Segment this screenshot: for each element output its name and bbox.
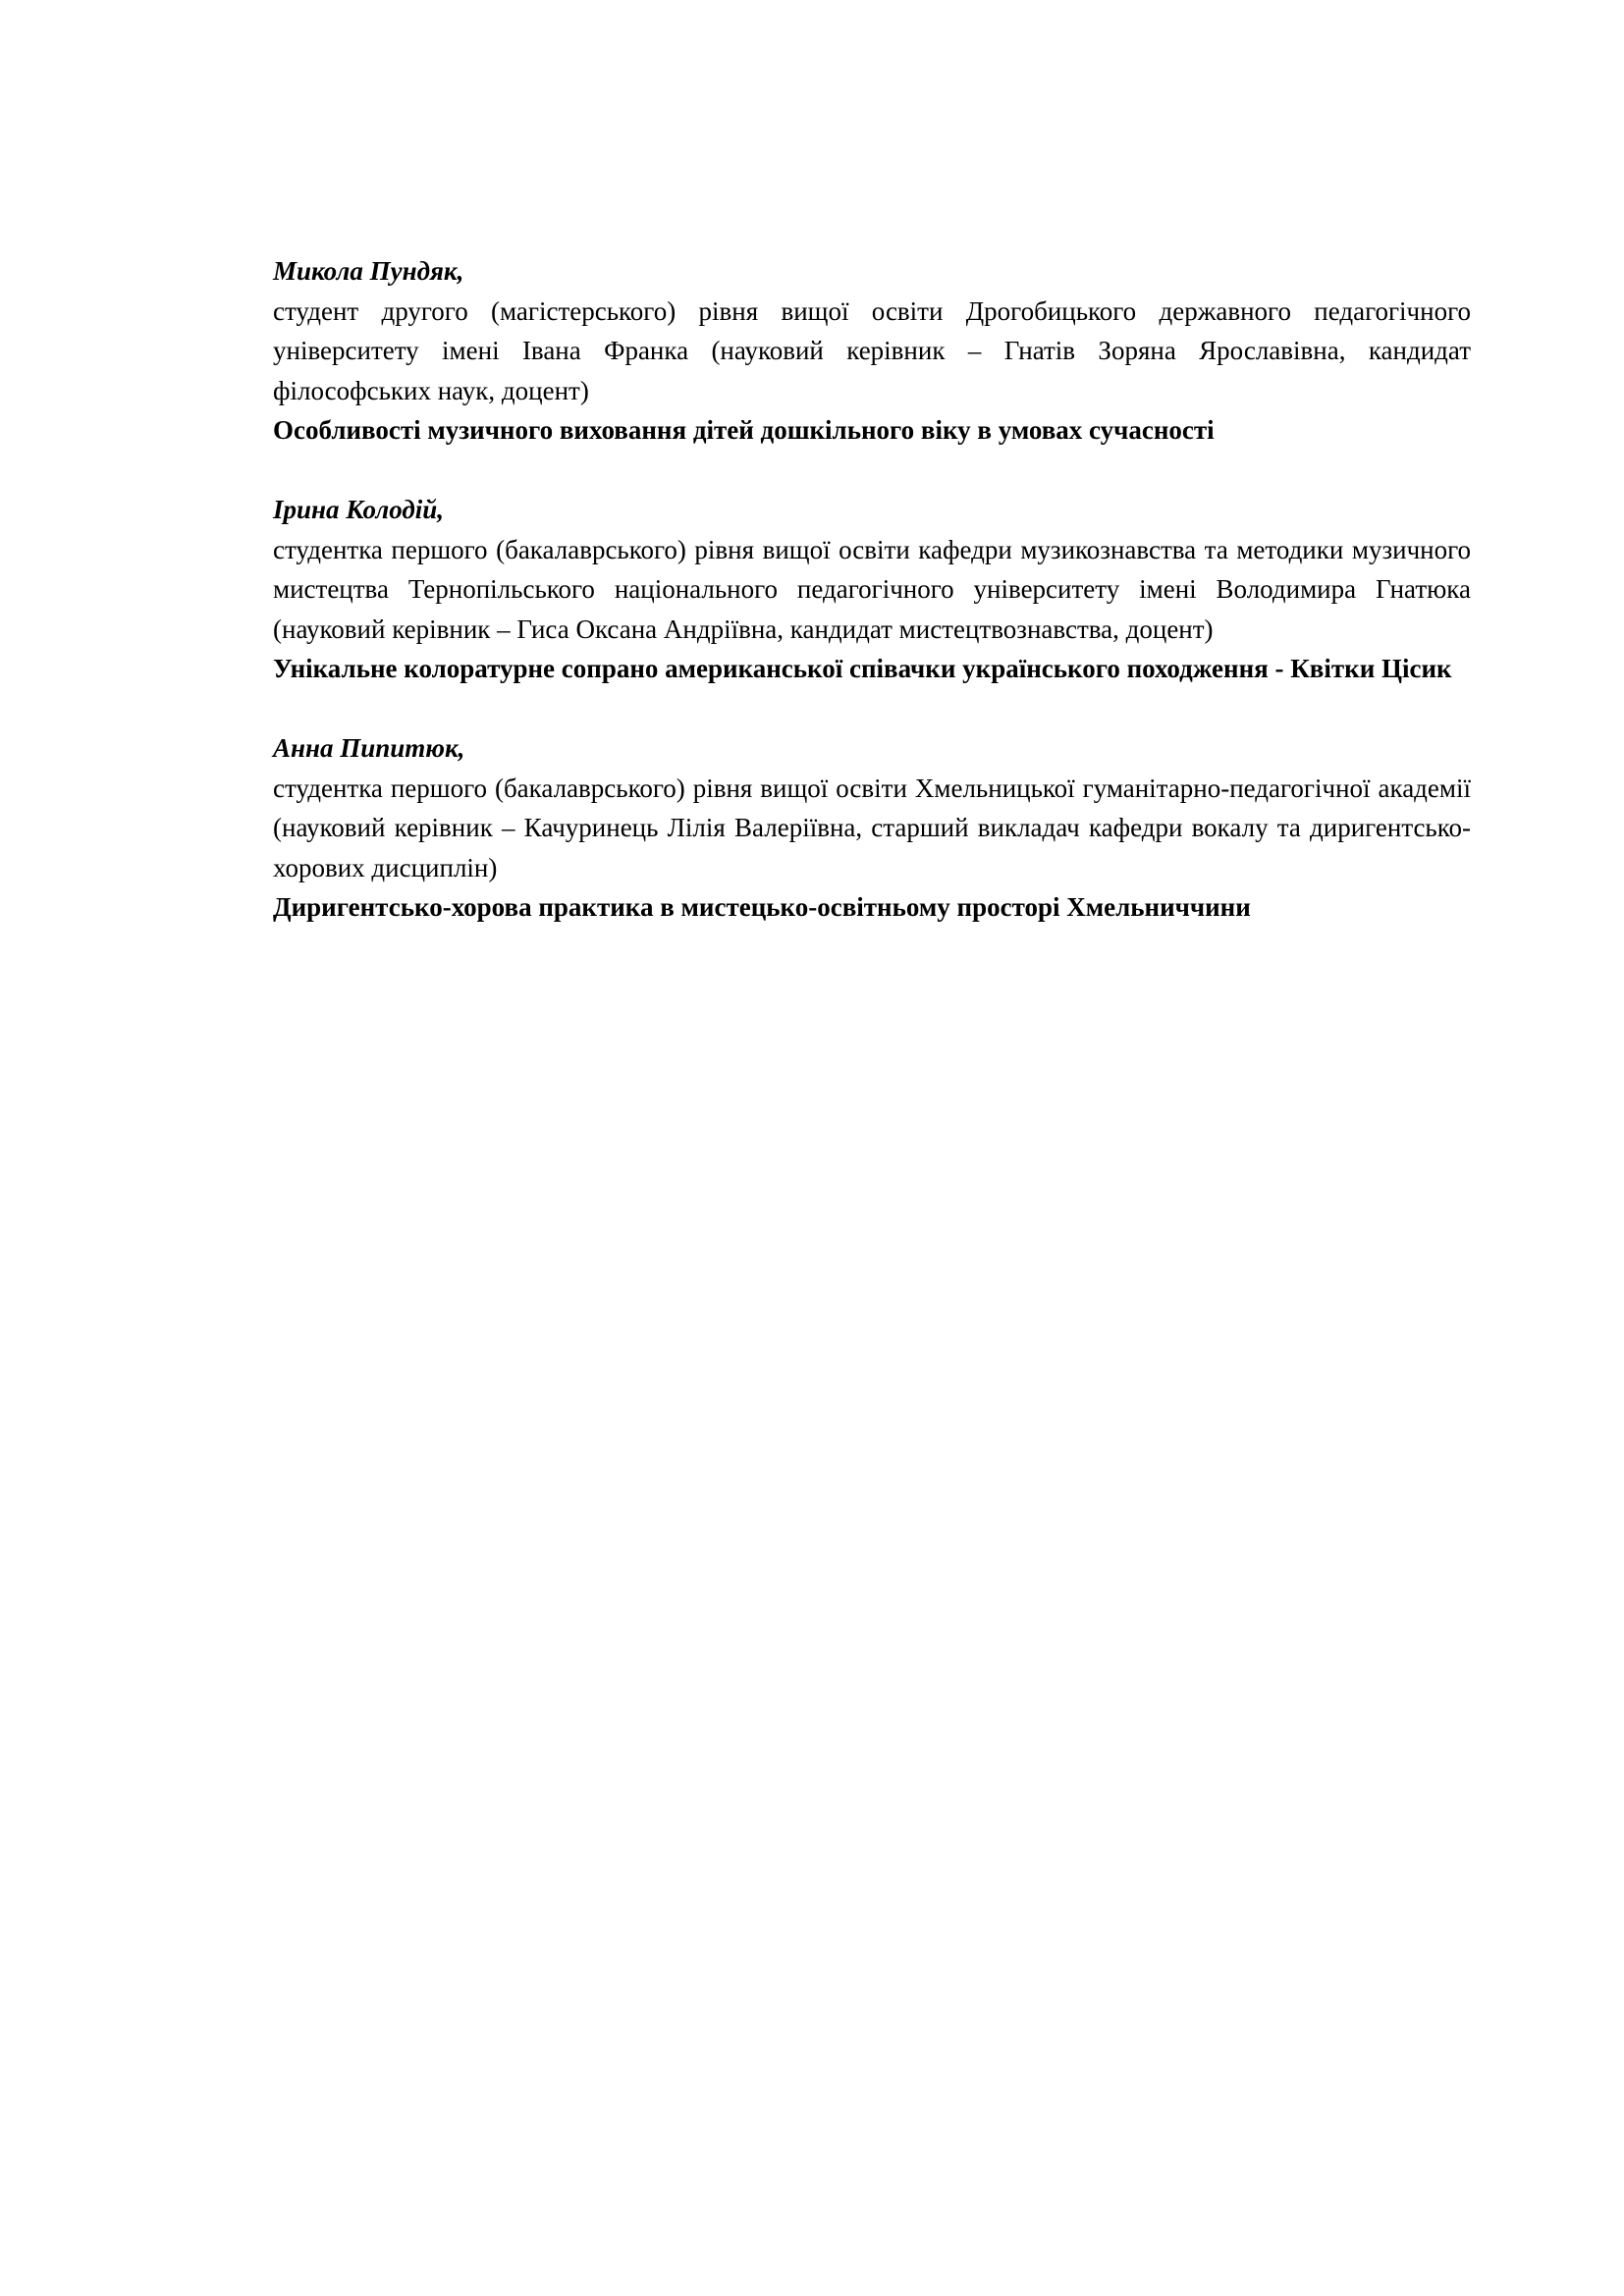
talk-title: Диригентсько-хорова практика в мистецько… [273,887,1471,928]
participants-list: Микола Пундяк, студент другого (магістер… [273,251,1471,967]
participant-entry: Микола Пундяк, студент другого (магістер… [273,251,1471,451]
author-name: Микола Пундяк, [273,251,1471,292]
author-name: Анна Пипитюк, [273,728,1471,769]
talk-title: Унікальне колоратурне сопрано американсь… [273,649,1471,689]
author-affiliation: студент другого (магістерського) рівня в… [273,292,1471,411]
author-name: Ірина Колодій, [273,490,1471,530]
participant-entry: Ірина Колодій, студентка першого (бакала… [273,490,1471,689]
participant-entry: Анна Пипитюк, студентка першого (бакалав… [273,728,1471,928]
author-affiliation: студентка першого (бакалаврського) рівня… [273,530,1471,650]
talk-title: Особливості музичного виховання дітей до… [273,410,1471,451]
author-affiliation: студентка першого (бакалаврського) рівня… [273,769,1471,888]
document-page: Микола Пундяк, студент другого (магістер… [0,0,1624,2296]
